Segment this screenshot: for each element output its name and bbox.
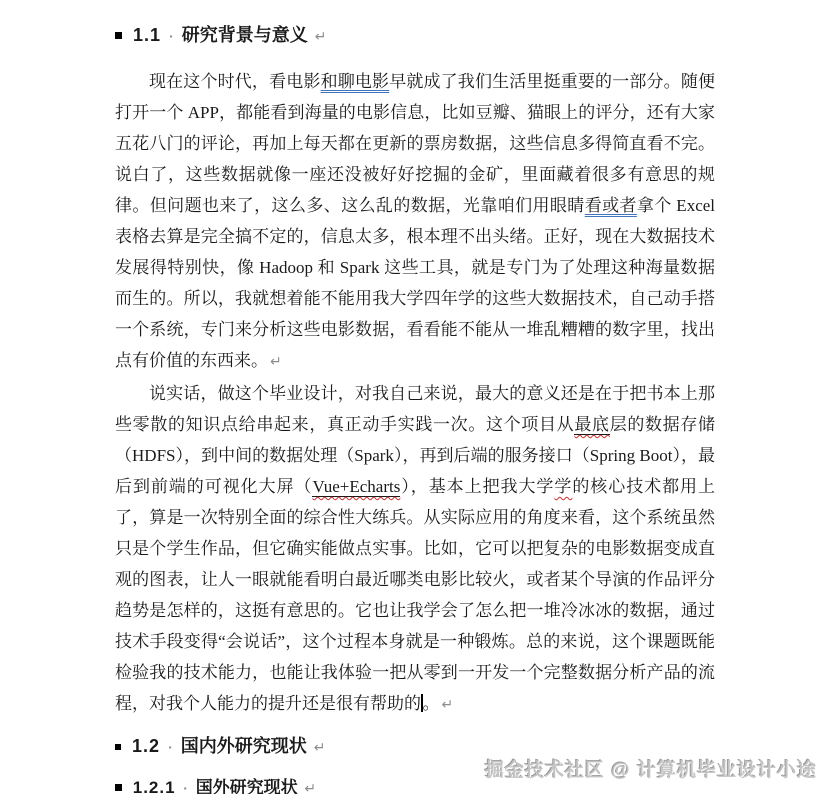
text-run: 。 [423,694,440,713]
heading-title: 国内外研究现状 [181,736,307,756]
document-content: 1.1 · 研究背景与意义 ↵ 现在这个时代，看电影和聊电影早就成了我们生活里挺… [115,22,715,794]
text-run: 早就成了我们生活里挺重要的一部分。随便打开一个 APP，都能看到海量的电影信息，… [115,72,715,215]
heading-1-1[interactable]: 1.1 · 研究背景与意义 ↵ [115,22,715,50]
heading-number: 1.1 [133,25,161,45]
space-mark: · [166,28,177,44]
heading-title: 研究背景与意义 [182,25,308,45]
paragraph-mark-icon: ↵ [313,29,327,45]
paragraph-significance[interactable]: 说实话，做这个毕业设计，对我自己来说，最大的意义还是在于把书本上那些零散的知识点… [115,378,715,721]
heading-title: 国外研究现状 [196,778,298,794]
grammar-underline-run: 看或者 [585,196,637,215]
spellcheck-underline-run: Vue+Echarts [312,477,400,497]
paragraph-mark-icon: ↵ [312,740,326,756]
watermark: 掘金技术社区 @ 计算机毕业设计小途 [485,755,817,782]
outline-marker-icon [115,32,122,39]
grammar-underline-run: 和聊电影 [321,72,390,91]
outline-marker-icon [115,784,122,791]
text-run: 拿个 Excel 表格去算是完全搞不定的，信息太多，根本理不出头绪。正好，现在大… [115,196,715,370]
spellcheck-wavy-run: 学 [554,477,572,496]
space-mark: · [165,739,176,755]
spellcheck-underline-run: 最底 [574,415,609,435]
paragraph-mark-icon: ↵ [440,697,454,713]
heading-number: 1.2.1 [133,778,176,794]
text-run: ），基本上把我大学 [400,477,554,496]
document-page: 1.1 · 研究背景与意义 ↵ 现在这个时代，看电影和聊电影早就成了我们生活里挺… [0,0,831,794]
text-run: 的核心技术都用上了，算是一次特别全面的综合性大练兵。从实际应用的角度来看，这个系… [115,477,715,713]
heading-number: 1.2 [132,736,160,756]
paragraph-background[interactable]: 现在这个时代，看电影和聊电影早就成了我们生活里挺重要的一部分。随便打开一个 AP… [115,66,715,378]
text-run: 现在这个时代，看电影 [149,72,321,91]
outline-marker-icon [115,744,121,750]
space-mark: · [180,780,191,794]
paragraph-mark-icon: ↵ [268,354,282,370]
paragraph-mark-icon: ↵ [302,781,316,794]
